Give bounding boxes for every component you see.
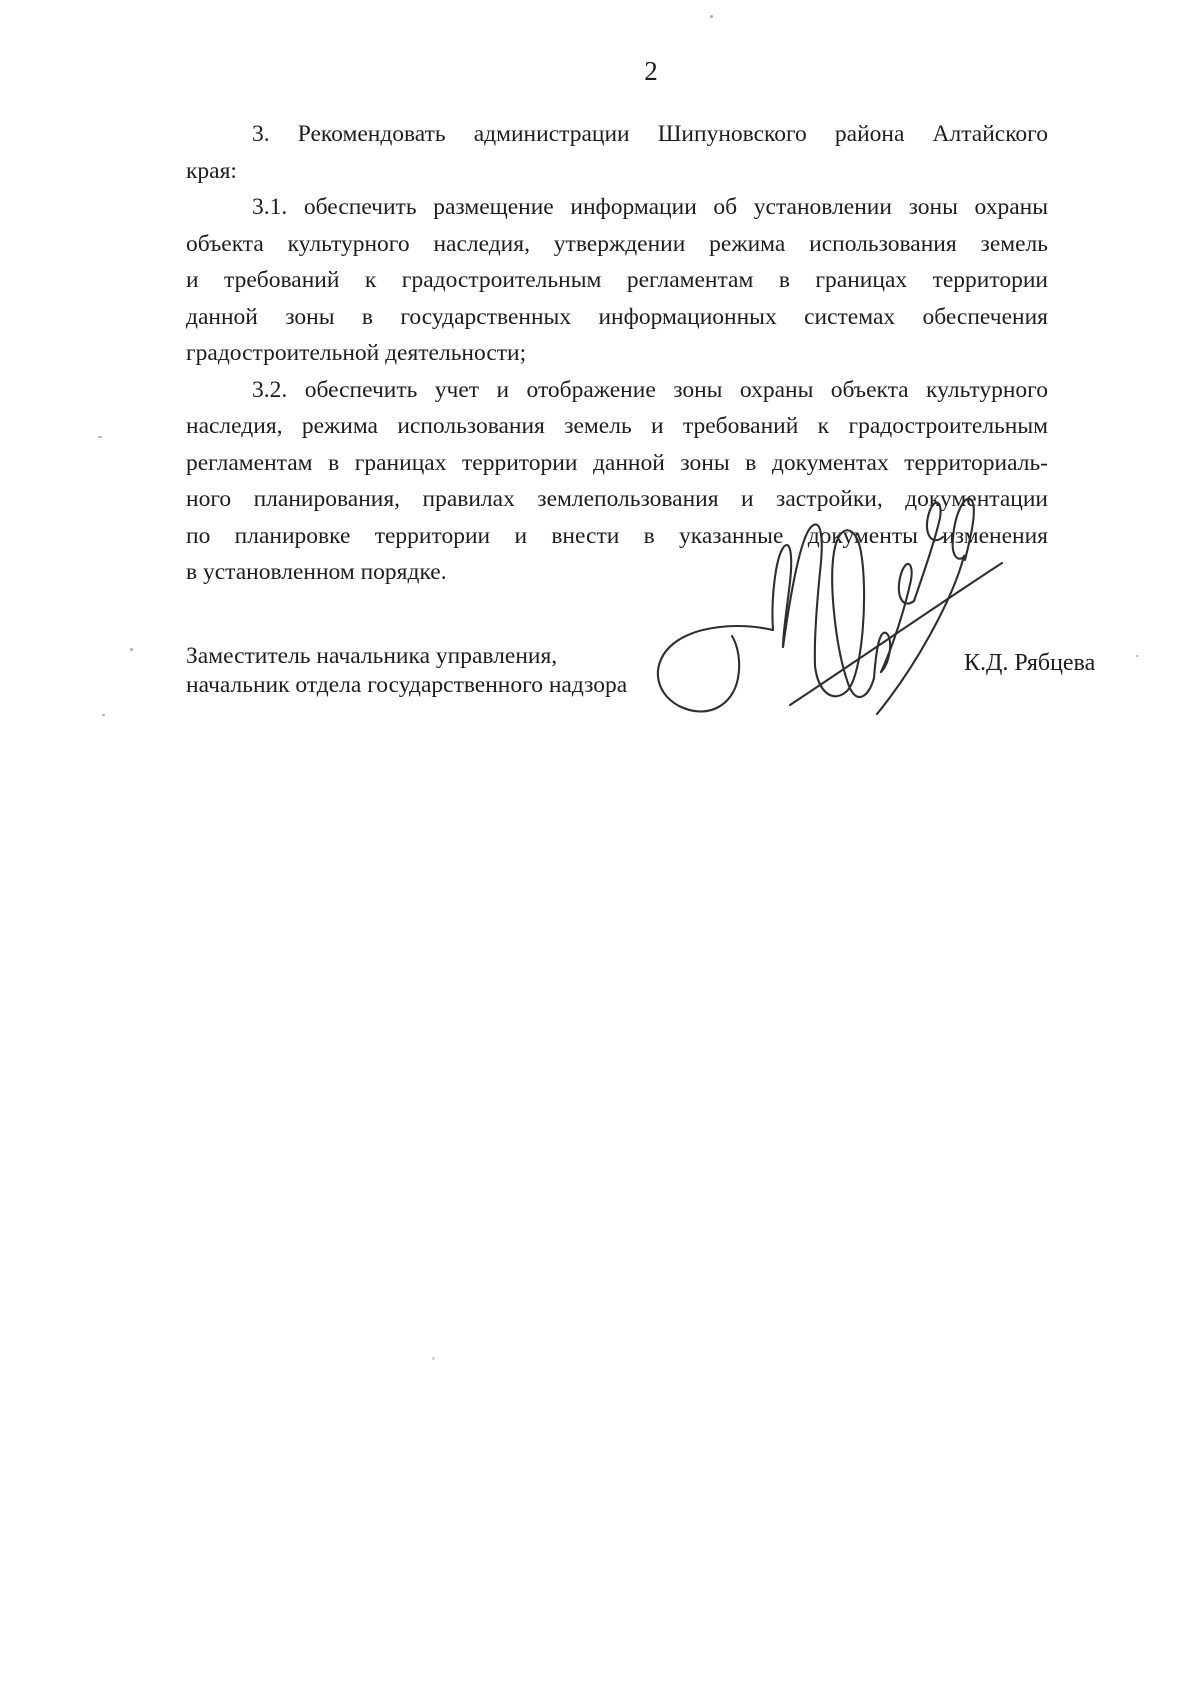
scan-speck	[102, 714, 105, 716]
paragraph-3: 3. Рекомендовать администрации Шипуновск…	[186, 116, 1048, 189]
body-line: данной зоны в государственных информацио…	[186, 299, 1048, 336]
body-line: 3. Рекомендовать администрации Шипуновск…	[186, 116, 1048, 153]
body-line: градостроительной деятельности;	[186, 335, 1048, 372]
paragraph-3-1: 3.1. обеспечить размещение информации об…	[186, 189, 1048, 372]
signatory-position-line-1: Заместитель начальника управления,	[186, 642, 627, 671]
scan-speck	[98, 436, 102, 438]
signatory-name: К.Д. Рябцева	[964, 650, 1095, 677]
body-line: и требований к градостроительным регламе…	[186, 262, 1048, 299]
scan-speck	[432, 1357, 435, 1360]
body-line: края:	[186, 153, 1048, 190]
body-line: объекта культурного наследия, утверждени…	[186, 226, 1048, 263]
page-number: 2	[0, 56, 1200, 87]
signature-block: Заместитель начальника управления, начал…	[186, 642, 627, 699]
body-line: 3.2. обеспечить учет и отображение зоны …	[186, 372, 1048, 409]
scan-speck	[130, 648, 133, 651]
scan-speck	[1136, 655, 1138, 657]
signatory-position-line-2: начальник отдела государственного надзор…	[186, 671, 627, 700]
scan-speck	[710, 15, 713, 18]
document-page: 2 3. Рекомендовать администрации Шипунов…	[0, 0, 1200, 1697]
body-line: 3.1. обеспечить размещение информации об…	[186, 189, 1048, 226]
